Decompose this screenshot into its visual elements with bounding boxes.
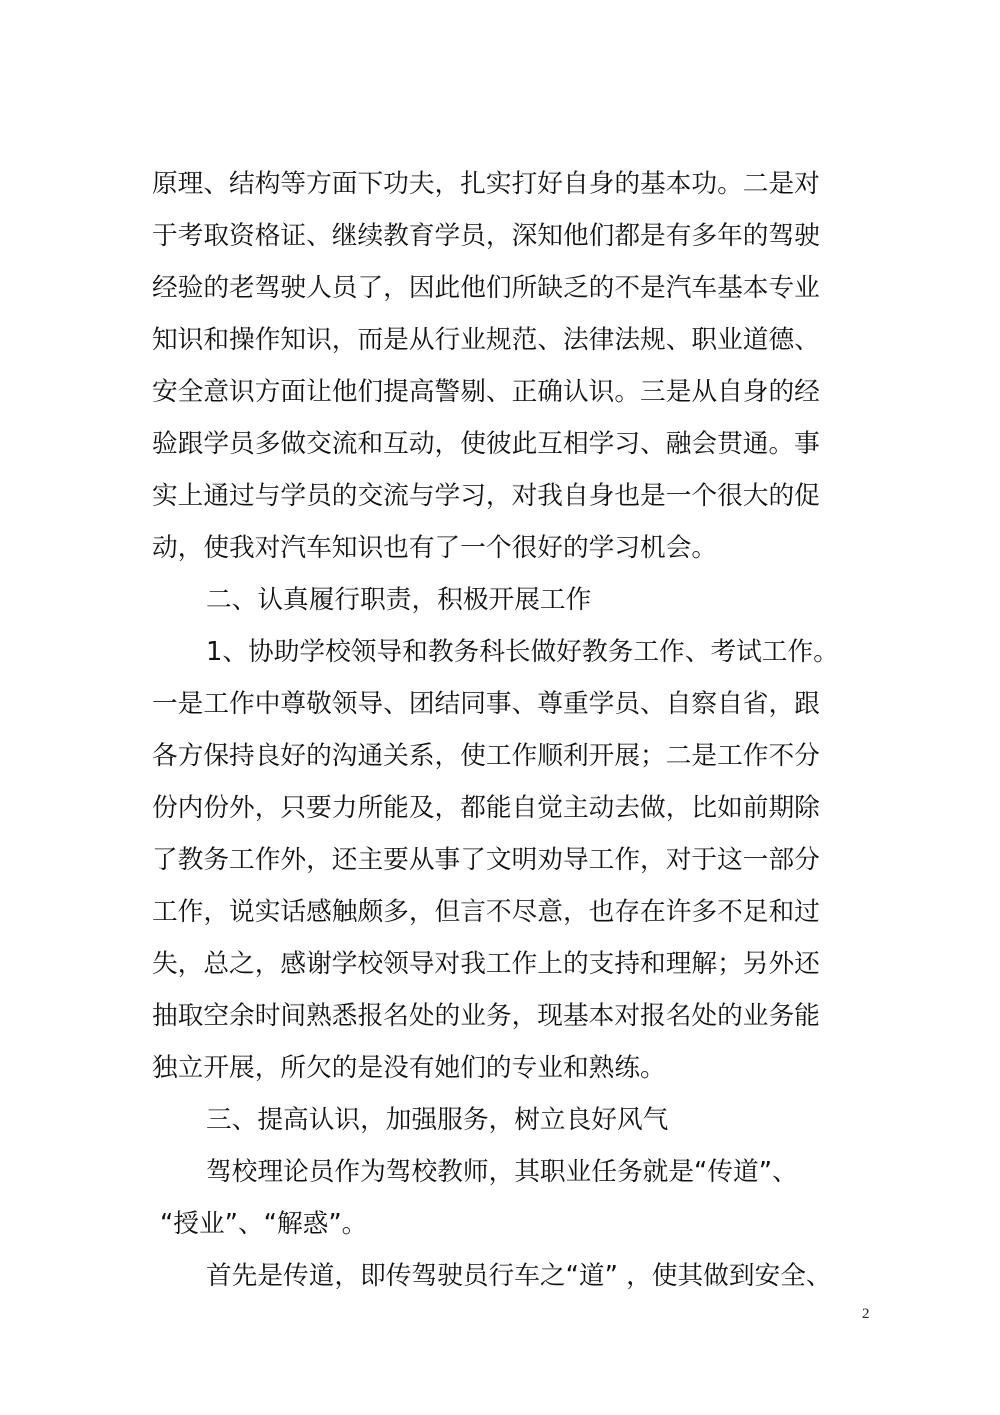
paragraph-line: 知识和操作知识，而是从行业规范、法律法规、职业道德、	[152, 325, 820, 355]
paragraph-line: 驾校理论员作为驾校教师，其职业任务就是“传道”、	[206, 1157, 798, 1187]
paragraph-line: 验跟学员多做交流和互动，使彼此互相学习、融会贯通。事	[152, 429, 820, 459]
paragraph-line: 独立开展，所欠的是没有她们的专业和熟练。	[152, 1053, 666, 1083]
page-number: 2	[862, 1304, 870, 1324]
paragraph-line: 工作，说实话感触颇多，但言不尽意，也存在许多不足和过	[152, 897, 820, 927]
paragraph-line: 实上通过与学员的交流与学习，对我自身也是一个很大的促	[152, 481, 820, 511]
paragraph-line: 于考取资格证、继续教育学员，深知他们都是有多年的驾驶	[152, 221, 820, 251]
section-heading-3: 三、提高认识，加强服务，树立良好风气	[206, 1105, 668, 1135]
paragraph-line: 各方保持良好的沟通关系，使工作顺利开展；二是工作不分	[152, 741, 820, 771]
paragraph-line: “授业”、“解惑”。	[160, 1209, 367, 1239]
paragraph-line: 动，使我对汽车知识也有了一个很好的学习机会。	[152, 533, 717, 563]
document-page: 原理、结构等方面下功夫，扎实打好自身的基本功。二是对 于考取资格证、继续教育学员…	[0, 0, 1000, 1415]
subsection-heading-1: 1、协助学校领导和教务科长做好教务工作、考试工作。	[206, 637, 839, 667]
paragraph-line: 首先是传道，即传驾驶员行车之“道” ，使其做到安全、	[206, 1261, 832, 1291]
paragraph-line: 失，总之，感谢学校领导对我工作上的支持和理解；另外还	[152, 949, 820, 979]
paragraph-line: 了教务工作外，还主要从事了文明劝导工作，对于这一部分	[152, 845, 820, 875]
section-heading-2: 二、认真履行职责，积极开展工作	[206, 585, 591, 615]
paragraph-line: 原理、结构等方面下功夫，扎实打好自身的基本功。二是对	[152, 169, 820, 199]
paragraph-line: 份内份外，只要力所能及，都能自觉主动去做，比如前期除	[152, 793, 820, 823]
paragraph-line: 安全意识方面让他们提高警剔、正确认识。三是从自身的经	[152, 377, 820, 407]
paragraph-line: 经验的老驾驶人员了，因此他们所缺乏的不是汽车基本专业	[152, 273, 820, 303]
paragraph-line: 抽取空余时间熟悉报名处的业务，现基本对报名处的业务能	[152, 1001, 820, 1031]
paragraph-line: 一是工作中尊敬领导、团结同事、尊重学员、自察自省，跟	[152, 689, 820, 719]
